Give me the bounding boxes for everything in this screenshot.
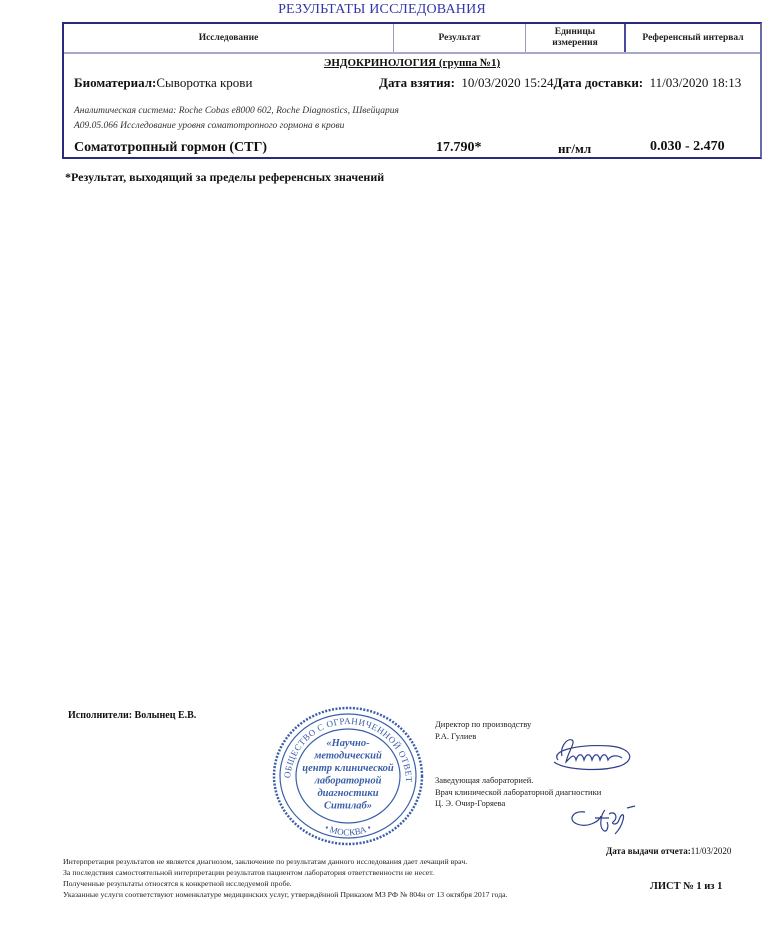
biomaterial-value: Сыворотка крови xyxy=(156,75,252,90)
table-header: Исследование Результат Единицыизмерения … xyxy=(64,24,760,54)
test-result: 17.790* xyxy=(436,140,482,156)
sample-dates: Дата взятия: 10/03/2020 15:24Дата достав… xyxy=(379,75,741,91)
disclaimer-line: Указанные услуги соответствуют номенклат… xyxy=(63,889,508,900)
section-title: ЭНДОКРИНОЛОГИЯ (группа №1) xyxy=(64,57,760,69)
issue-date-value: 11/03/2020 xyxy=(691,846,732,856)
delivery-date-label: Дата доставки: xyxy=(554,75,644,90)
svg-text:лабораторной: лабораторной xyxy=(314,776,382,787)
delivery-date-value: 11/03/2020 18:13 xyxy=(650,75,742,90)
svg-text:методический: методический xyxy=(313,751,382,762)
out-of-range-footnote: *Результат, выходящий за пределы референ… xyxy=(65,170,384,185)
svg-text:Ситилаб»: Ситилаб» xyxy=(324,801,372,812)
director-signature-icon xyxy=(540,730,640,775)
analytic-system: Аналитическая система: Roche Cobas e8000… xyxy=(74,106,399,116)
director-title: Директор по производству xyxy=(435,719,531,731)
biomaterial: Биоматериал:Сыворотка крови xyxy=(74,75,252,91)
issue-date: Дата выдачи отчета:11/03/2020 xyxy=(606,846,731,856)
disclaimer: Интерпретация результатов не является ди… xyxy=(63,856,508,900)
header-reference: Референсный интервал xyxy=(626,24,760,52)
collection-date-value: 10/03/2020 15:24 xyxy=(461,75,553,90)
sheet-number: ЛИСТ № 1 из 1 xyxy=(650,881,722,892)
director-name: Р.А. Гулиев xyxy=(435,731,531,743)
header-result: Результат xyxy=(394,24,526,52)
table-row: Соматотропный гормон (СТГ) 17.790* нг/мл… xyxy=(64,138,760,158)
lab-stamp-icon: ОБЩЕСТВО С ОГРАНИЧЕННОЙ ОТВЕТСТВЕННОСТЬЮ… xyxy=(268,704,428,847)
director-signature-block: Директор по производству Р.А. Гулиев xyxy=(435,719,531,742)
header-units-line2: измерения xyxy=(552,38,597,48)
issue-date-label: Дата выдачи отчета: xyxy=(606,846,691,856)
svg-text:• МОСКВА •: • МОСКВА • xyxy=(323,822,373,837)
svg-text:«Научно-: «Научно- xyxy=(326,738,370,749)
header-units: Единицыизмерения xyxy=(526,24,626,52)
disclaimer-line: За последствия самостоятельной интерпрет… xyxy=(63,867,508,878)
collection-date-label: Дата взятия: xyxy=(379,75,455,90)
disclaimer-line: Интерпретация результатов не является ди… xyxy=(63,856,508,867)
page-title: РЕЗУЛЬТАТЫ ИССЛЕДОВАНИЯ xyxy=(0,2,764,18)
service-code: A09.05.066 Исследование уровня соматотро… xyxy=(74,121,344,131)
results-table: Исследование Результат Единицыизмерения … xyxy=(62,22,762,159)
svg-text:диагностики: диагностики xyxy=(317,788,378,799)
header-study: Исследование xyxy=(64,24,394,52)
svg-text:центр клинической: центр клинической xyxy=(302,763,394,774)
performers: Исполнители: Волынец Е.В. xyxy=(68,710,196,721)
test-reference: 0.030 - 2.470 xyxy=(650,139,725,155)
test-units: нг/мл xyxy=(558,141,591,157)
disclaimer-line: Полученные результаты относятся к конкре… xyxy=(63,878,508,889)
header-units-line1: Единицы xyxy=(555,27,595,37)
biomaterial-label: Биоматериал: xyxy=(74,75,156,90)
head-title: Заведующая лабораторией. xyxy=(435,775,601,787)
head-signature-icon xyxy=(565,800,640,836)
head-position: Врач клинической лабораторной диагностик… xyxy=(435,787,601,799)
test-name: Соматотропный гормон (СТГ) xyxy=(74,140,267,156)
